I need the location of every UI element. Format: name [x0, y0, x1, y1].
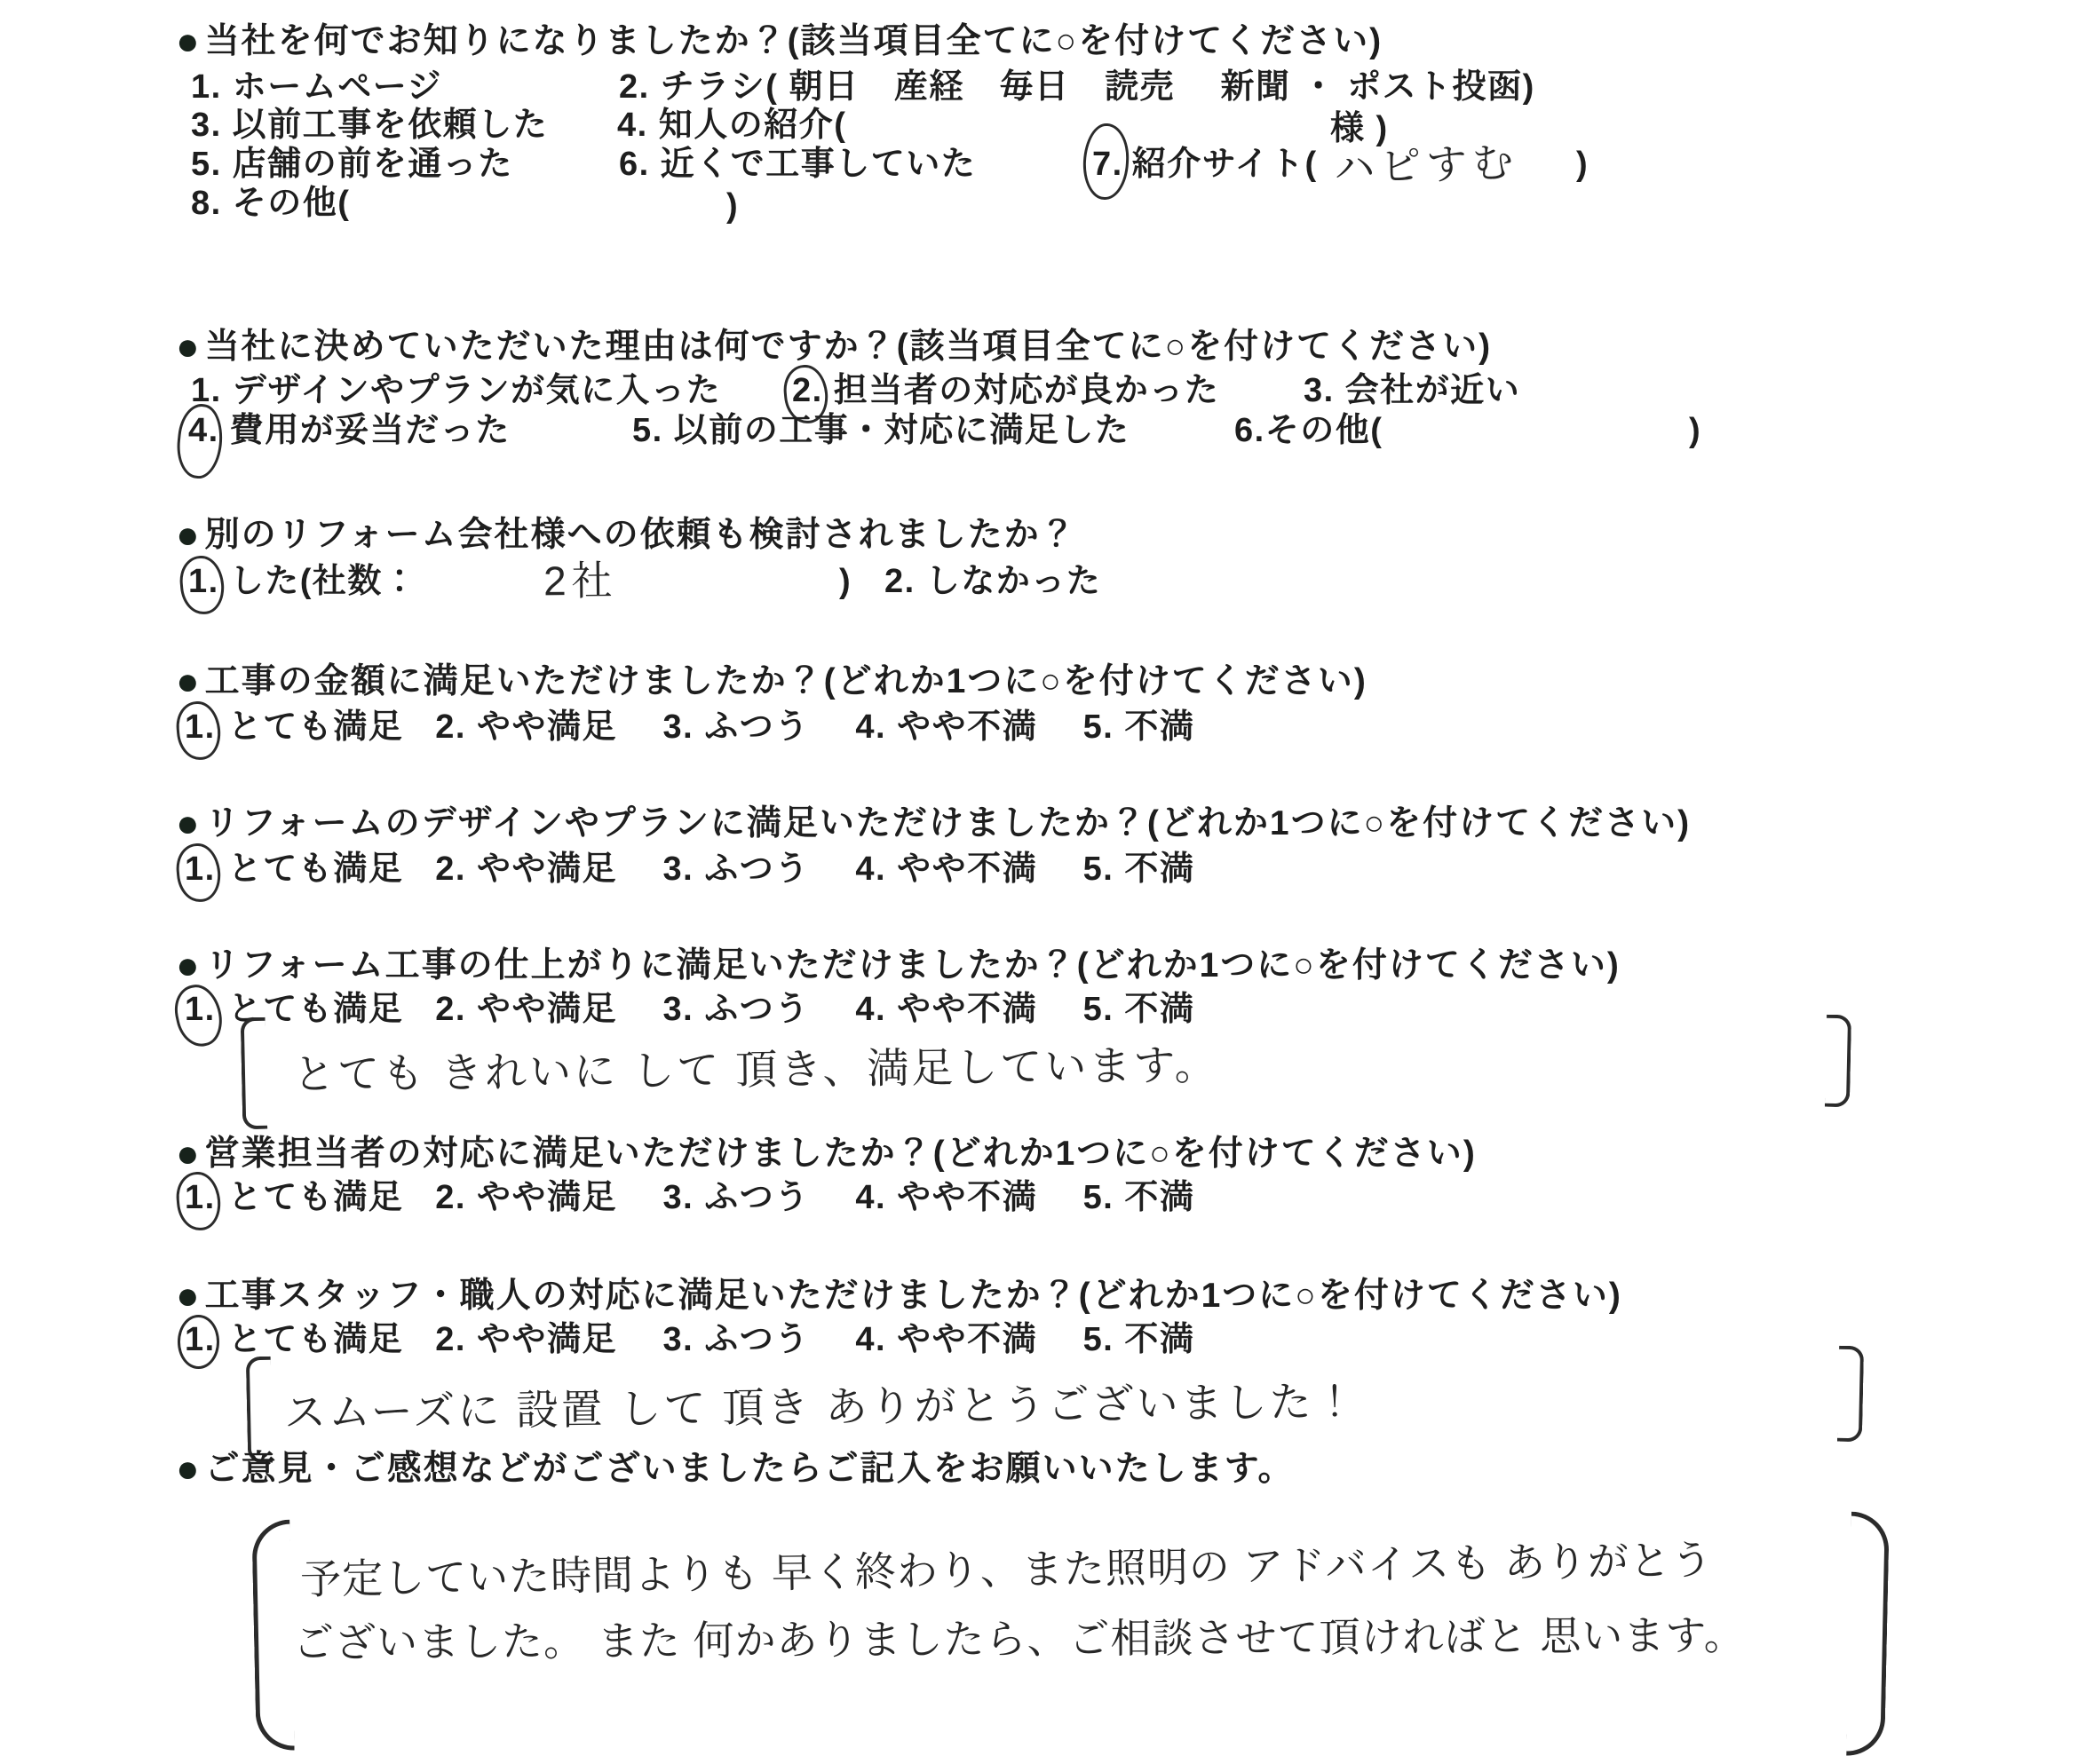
options-rest: 2. やや満足 3. ふつう 4. やや不満 5. 不満 — [435, 1179, 1194, 1216]
handwritten-circle-mark: 1. — [185, 990, 216, 1031]
option-referral-site: 7.紹介サイト( — [1092, 145, 1318, 186]
options-row-sales: 1.とても満足2. やや満足 3. ふつう 4. やや不満 5. 不満 — [185, 1178, 1194, 1219]
option-considered-yes: 1.した(社数： — [188, 562, 417, 603]
handwritten-comment-feedback-line2: ございました。 また 何かありましたら、ご相談させて頂ければと 思います。 — [293, 1603, 1746, 1670]
bullet-icon: ● — [176, 328, 202, 367]
question-heading-finish: ●リフォーム工事の仕上がりに満足いただけましたか？(どれか1つに○を付けてくださ… — [176, 945, 1621, 987]
options-row-finish: 1.とても満足2. やや満足 3. ふつう 4. やや不満 5. 不満 — [185, 990, 1194, 1031]
question-heading-feedback: ●ご意見・ご感想などがございましたらご記入をお願いいたします。 — [176, 1449, 1294, 1491]
option-reason-other: 6.その他( — [1234, 411, 1383, 452]
handwritten-answer-company-count: 2社 — [543, 549, 618, 608]
handwritten-circle-mark: 2. — [792, 371, 823, 412]
question-heading-design: ●リフォームのデザインやプランに満足いただけましたか？(どれか1つに○を付けてく… — [176, 803, 1691, 845]
option-other: 8. その他( — [191, 184, 350, 225]
handwritten-circle-mark: 1. — [185, 708, 216, 748]
bullet-icon: ● — [176, 1277, 202, 1316]
option-considered-yes-label: した(社数： — [230, 563, 418, 600]
option-very-satisfied: とても満足 — [228, 1179, 404, 1216]
question-heading-price-text: 工事の金額に満足いただけましたか？(どれか1つに○を付けてください) — [205, 661, 1367, 703]
option-storefront: 5. 店舗の前を通った — [191, 145, 513, 186]
question-heading-staff: ●工事スタッフ・職人の対応に満足いただけましたか？(どれか1つに○を付けてくださ… — [176, 1276, 1622, 1317]
handwritten-comment-staff: スムーズに 設置 して 頂き ありがとうございました！ — [284, 1369, 1359, 1440]
option-previous-work: 3. 以前工事を依頼した — [191, 106, 548, 146]
question-heading-price: ●工事の金額に満足いただけましたか？(どれか1つに○を付けてください) — [176, 661, 1367, 703]
question-heading-finish-text: リフォーム工事の仕上がりに満足いただけましたか？(どれか1つに○を付けてください… — [205, 945, 1621, 987]
options-rest: 2. やや満足 3. ふつう 4. やや不満 5. 不満 — [435, 708, 1194, 746]
option-cost-fair-label: 費用が妥当だった — [230, 412, 511, 449]
handwritten-circle-mark: 1. — [185, 1320, 216, 1361]
handwritten-comment-finish: とても きれいに して 頂き、満足しています。 — [293, 1032, 1219, 1102]
handwritten-circle-mark: 1. — [185, 850, 216, 890]
question-heading-competitors-text: 別のリフォーム会社様への依頼も検討されましたか？ — [205, 515, 1077, 557]
option-very-satisfied: とても満足 — [228, 708, 404, 746]
handwritten-circle-mark: 7. — [1092, 145, 1123, 186]
bullet-icon: ● — [176, 1450, 202, 1489]
question-heading-reason-text: 当社に決めていただいた理由は何ですか？(該当項目全てに○を付けてください) — [205, 327, 1493, 368]
option-very-satisfied: とても満足 — [228, 1321, 404, 1358]
question-heading-source: ●当社を何でお知りになりましたか？(該当項目全てに○を付けてください) — [176, 21, 1383, 63]
question-heading-competitors: ●別のリフォーム会社様への依頼も検討されましたか？ — [176, 515, 1077, 557]
handwritten-bracket-right — [1846, 1512, 1890, 1757]
options-rest: 2. やや満足 3. ふつう 4. やや不満 5. 不満 — [435, 850, 1194, 888]
option-referral-site-label: 紹介サイト( — [1132, 146, 1318, 183]
handwritten-circle-mark: 1. — [188, 562, 219, 603]
handwritten-bracket-left — [246, 1357, 273, 1464]
option-staff-response: 2.担当者の対応が良かった — [792, 371, 1219, 412]
option-considered-no: 2. しなかった — [884, 562, 1101, 603]
bullet-icon: ● — [176, 662, 202, 701]
options-rest: 2. やや満足 3. ふつう 4. やや不満 5. 不満 — [435, 991, 1194, 1028]
options-row-staff: 1.とても満足2. やや満足 3. ふつう 4. やや不満 5. 不満 — [185, 1320, 1194, 1361]
options-row-design: 1.とても満足2. やや満足 3. ふつう 4. やや不満 5. 不満 — [185, 850, 1194, 890]
question-heading-sales: ●営業担当者の対応に満足いただけましたか？(どれか1つに○を付けてください) — [176, 1134, 1477, 1175]
option-referral-site-close: ) — [1576, 145, 1589, 186]
option-satisfied-before: 5. 以前の工事・対応に満足した — [632, 411, 1130, 452]
question-heading-staff-text: 工事スタッフ・職人の対応に満足いただけましたか？(どれか1つに○を付けてください… — [205, 1276, 1622, 1317]
question-heading-feedback-text: ご意見・ご感想などがございましたらご記入をお願いいたします。 — [205, 1449, 1295, 1491]
question-heading-design-text: リフォームのデザインやプランに満足いただけましたか？(どれか1つに○を付けてくだ… — [205, 803, 1692, 845]
options-row-price: 1.とても満足2. やや満足 3. ふつう 4. やや不満 5. 不満 — [185, 708, 1194, 748]
handwritten-answer-hapisumu: ハピすむ — [1333, 130, 1519, 194]
option-other-close: ) — [726, 186, 739, 227]
question-heading-reason: ●当社に決めていただいた理由は何ですか？(該当項目全てに○を付けてください) — [176, 327, 1492, 368]
question-heading-sales-text: 営業担当者の対応に満足いただけましたか？(どれか1つに○を付けてください) — [205, 1134, 1477, 1175]
option-considered-yes-close: ) — [839, 562, 852, 603]
bullet-icon: ● — [176, 1135, 202, 1174]
option-nearby-work: 6. 近くで工事していた — [619, 145, 976, 186]
handwritten-bracket-right — [1825, 1015, 1851, 1108]
option-homepage: 1. ホームページ — [191, 67, 442, 108]
bullet-icon: ● — [176, 946, 202, 985]
option-staff-response-label: 担当者の対応が良かった — [834, 372, 1220, 409]
handwritten-circle-mark: 1. — [185, 1178, 216, 1219]
handwritten-comment-feedback-line1: 予定していた時間よりも 早く終わり、また照明の アドバイスも ありがとう — [300, 1528, 1714, 1606]
option-company-near: 3. 会社が近い — [1304, 371, 1520, 412]
handwritten-bracket-left — [251, 1520, 294, 1752]
survey-scan-page: ●当社を何でお知りになりましたか？(該当項目全てに○を付けてください) 1. ホ… — [0, 0, 2077, 1764]
option-cost-fair: 4.費用が妥当だった — [188, 411, 511, 452]
option-very-satisfied: とても満足 — [228, 850, 404, 888]
bullet-icon: ● — [176, 516, 202, 555]
handwritten-bracket-right — [1837, 1346, 1864, 1443]
option-referral: 4. 知人の紹介( — [617, 106, 846, 146]
question-heading-source-text: 当社を何でお知りになりましたか？(該当項目全てに○を付けてください) — [205, 21, 1383, 63]
bullet-icon: ● — [176, 804, 202, 843]
handwritten-bracket-left — [241, 1017, 268, 1130]
option-reason-other-close: ) — [1689, 411, 1701, 452]
handwritten-circle-mark: 4. — [188, 411, 219, 452]
options-rest: 2. やや満足 3. ふつう 4. やや不満 5. 不満 — [435, 1321, 1194, 1358]
option-flyer: 2. チラシ( 朝日 産経 毎日 読売 新聞 ・ ポスト投函) — [619, 67, 1535, 108]
bullet-icon: ● — [176, 22, 202, 61]
option-design-liked: 1. デザインやプランが気に入った — [191, 371, 721, 412]
